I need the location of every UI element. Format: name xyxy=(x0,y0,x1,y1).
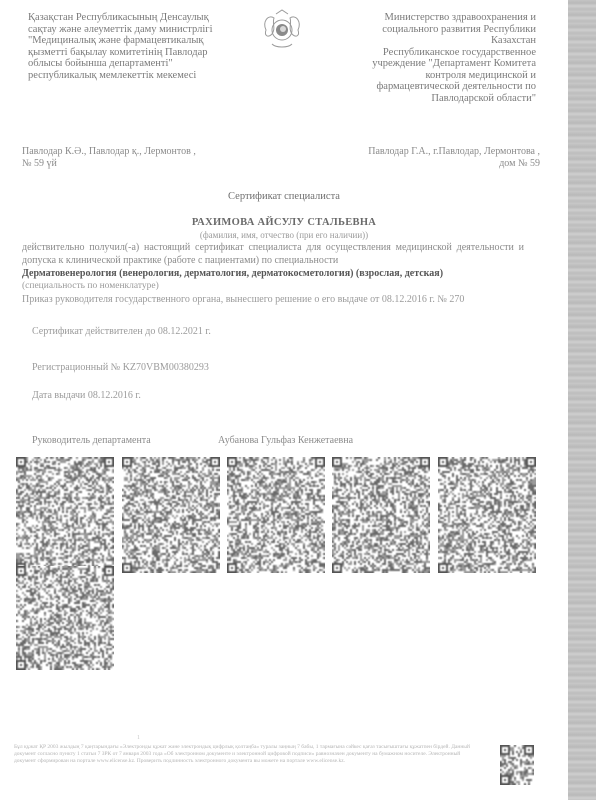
qr-code-icon xyxy=(227,457,325,573)
header-right-line: Республиканское государственное xyxy=(336,47,536,59)
footer-legal-text: Бұл құжат ҚР 2003 жылдың 7 қаңтарындағы … xyxy=(14,744,474,765)
kazakhstan-emblem-icon xyxy=(258,8,306,52)
page-mark: 1 xyxy=(137,735,140,741)
scan-edge-strip xyxy=(568,0,596,800)
header-right-line: контроля медицинской и xyxy=(336,70,536,82)
qr-code-icon xyxy=(122,457,220,573)
header-kazakh-authority: Қазақстан Республикасының Денсаулық сақт… xyxy=(28,12,253,81)
header-left-line: "Медициналық және фармацевтикалық xyxy=(28,35,253,47)
header-right-line: Министерство здравоохранения и xyxy=(336,12,536,24)
address-line: дом № 59 xyxy=(330,158,540,170)
header-left-line: облысы бойынша департаменті" xyxy=(28,58,253,70)
issue-date: Дата выдачи 08.12.2016 г. xyxy=(32,390,141,401)
qr-code-icon xyxy=(332,457,430,573)
header-right-line: социального развития Республики xyxy=(336,24,536,36)
header-left-line: республикалық мемлекеттік мекемесі xyxy=(28,70,253,82)
specialty-value: Дерматовенерология (венерология, дермато… xyxy=(22,268,443,279)
address-russian: Павлодар Г.А., г.Павлодар, Лермонтова , … xyxy=(330,146,540,170)
order-reference: Приказ руководителя государственного орг… xyxy=(22,294,542,305)
header-right-line: учреждение "Департамент Комитета xyxy=(336,58,536,70)
address-line: Павлодар К.Ә., Павлодар қ., Лермонтов , xyxy=(22,146,196,158)
header-left-line: сақтау және әлеуметтік даму министрлігі xyxy=(28,24,253,36)
qr-code-icon xyxy=(438,457,536,573)
certificate-page: Қазақстан Республикасының Денсаулық сақт… xyxy=(0,0,568,800)
document-title: Сертификат специалиста xyxy=(0,191,568,202)
specialty: Дерматовенерология (венерология, дермато… xyxy=(22,268,542,279)
address-line: Павлодар Г.А., г.Павлодар, Лермонтова , xyxy=(330,146,540,158)
address-kazakh: Павлодар К.Ә., Павлодар қ., Лермонтов , … xyxy=(22,146,196,170)
footer-qr-code-icon xyxy=(500,745,534,785)
qr-code-icon xyxy=(16,566,114,670)
head-of-department-label: Руководитель департамента xyxy=(32,435,151,446)
header-right-line: фармацевтической деятельности по xyxy=(336,81,536,93)
certificate-body-text: действительно получил(-а) настоящий серт… xyxy=(22,242,524,267)
header-russian-authority: Министерство здравоохранения и социально… xyxy=(336,12,536,104)
head-of-department-name: Аубанова Гульфаз Кенжетаевна xyxy=(218,435,353,446)
valid-until: Сертификат действителен до 08.12.2021 г. xyxy=(32,326,211,337)
header-right-line: Павлодарской области" xyxy=(336,93,536,105)
header-right-line: Казахстан xyxy=(336,35,536,47)
address-line: № 59 үй xyxy=(22,158,196,170)
holder-name: РАХИМОВА АЙСУЛУ СТАЛЬЕВНА xyxy=(0,217,568,228)
holder-name-hint: (фамилия, имя, отчество (при его наличии… xyxy=(0,230,568,240)
qr-code-icon xyxy=(16,457,114,573)
header-left-line: Қазақстан Республикасының Денсаулық xyxy=(28,12,253,24)
header-left-line: қызметті бақылау комитетінің Павлодар xyxy=(28,47,253,59)
specialty-hint: (специальность по номенклатуре) xyxy=(22,281,159,291)
registration-number: Регистрационный № KZ70VBM00380293 xyxy=(32,362,209,373)
